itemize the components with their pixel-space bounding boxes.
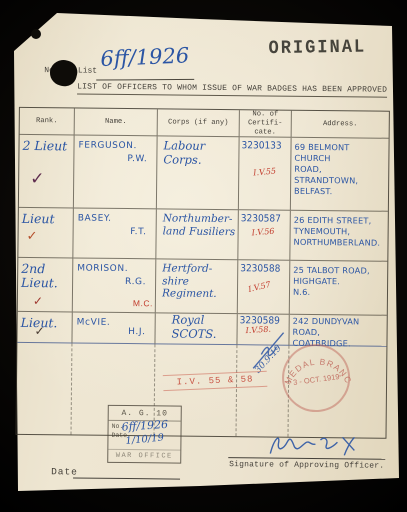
table-row-cell-corps: Royal SCOTS.: [155, 313, 237, 345]
original-stamp: ORIGINAL: [268, 37, 366, 59]
approving-officer-signature: [264, 431, 364, 460]
ink-blot-small: [31, 29, 41, 39]
footer-date-label: Date: [51, 466, 78, 477]
certificate-number: 3230587: [241, 213, 281, 224]
table-row-cell-certificate: 3230587 I.V.56: [238, 210, 291, 261]
list-number-handwritten: 6ff/1926: [100, 43, 190, 71]
corps-value: Royal SCOTS.: [171, 313, 216, 341]
check-mark: ✓: [35, 324, 45, 338]
column-header-name: Name.: [75, 108, 158, 136]
certificate-red-note: I.V.56: [251, 227, 274, 238]
list-number-underline: [96, 79, 194, 81]
footer-date-blank-line: [73, 477, 180, 479]
surname: MORISON.: [77, 264, 128, 275]
table-row-cell-name: FERGUSON. P.W.: [74, 135, 158, 209]
column-header-corps: Corps (if any): [158, 109, 240, 137]
table-row-cell-rank: 2nd Lieut. ✓: [18, 258, 74, 313]
surname: McVIE.: [77, 318, 111, 328]
table-row-cell-rank: Lieut. ✓: [17, 312, 72, 344]
initials: P.W.: [127, 154, 147, 164]
table-row-cell-corps: Northumber- land Fusiliers: [156, 209, 239, 260]
initials: R.G.: [125, 277, 146, 287]
document-title: LIST OF OFFICERS TO WHOM ISSUE OF WAR BA…: [77, 82, 387, 97]
table-row-cell-address: 26 EDITH STREET, TYNEMOUTH, NORTHUMBERLA…: [290, 211, 388, 262]
column-header-address: Address.: [292, 111, 389, 139]
address-value: 25 TALBOT ROAD, HIGHGATE. N.6.: [293, 265, 370, 299]
certificate-red-note: I.V.57: [247, 280, 271, 294]
photo-background: ORIGINAL No. of List 6ff/1926 LIST OF OF…: [0, 0, 407, 512]
ag10-stamp-box: A. G. 10 No. Date WAR OFFICE 6ff/1926 1/…: [107, 405, 182, 464]
ag10-war-office: WAR OFFICE: [108, 449, 180, 461]
table-row-cell-certificate: 3230588 I.V.57: [238, 260, 291, 315]
rank-value: Lieut: [22, 212, 55, 227]
certificate-number: 3230133: [241, 140, 281, 151]
table-row-cell-address: 69 BELMONT CHURCH ROAD, STRANDTOWN, BELF…: [291, 138, 389, 212]
table-row-cell-rank: 2 Lieut ✓: [19, 135, 75, 209]
corps-value: Labour Corps.: [163, 139, 205, 167]
rank-value: 2nd Lieut.: [21, 262, 58, 291]
address-value: 69 BELMONT CHURCH ROAD, STRANDTOWN, BELF…: [294, 142, 389, 198]
medal-branch-date: 3 - OCT. 1919: [293, 372, 340, 387]
corps-value: Hertford- shire Regiment.: [162, 262, 217, 300]
table-row-cell-address: 25 TALBOT ROAD, HIGHGATE. N.6.: [290, 261, 388, 316]
check-mark: ✓: [30, 169, 44, 189]
empty-cell: [17, 343, 73, 435]
table-row-cell-name: BASEY. F.T.: [73, 208, 157, 259]
surname: BASEY.: [78, 214, 112, 224]
table-row-cell-certificate: 3230133 I.V.55: [239, 137, 292, 211]
medal-branch-stamp: MEDAL BRANCH 3 - OCT. 1919 * *: [275, 337, 358, 420]
table-row-cell-name: McVIE. H.J.: [72, 312, 155, 344]
check-mark: ✓: [26, 229, 37, 244]
column-header-certificate: No. of Certifi- cate.: [240, 110, 292, 138]
corps-value: Northumber- land Fusiliers: [163, 212, 236, 238]
address-value: 26 EDITH STREET, TYNEMOUTH, NORTHUMBERLA…: [293, 215, 380, 249]
rank-value: 2 Lieut: [22, 139, 67, 154]
initials: H.J.: [128, 327, 145, 337]
signature-label: Signature of Approving Officer.: [229, 460, 384, 471]
honours-mc: M.C.: [133, 298, 153, 308]
table-row-cell-corps: Hertford- shire Regiment.: [156, 259, 239, 314]
initials: F.T.: [130, 227, 146, 237]
surname: FERGUSON.: [78, 141, 137, 152]
table-row-cell-rank: Lieut ✓: [18, 208, 74, 259]
table-row-cell-corps: Labour Corps.: [157, 136, 240, 210]
check-mark: ✓: [33, 294, 43, 308]
ag10-date-value: 1/10/19: [125, 432, 164, 447]
certificate-red-note: I.V.55: [253, 166, 277, 177]
table-row-cell-name: MORISON. R.G. M.C.: [73, 258, 157, 313]
column-header-rank: Rank.: [20, 108, 75, 136]
certificate-number: 3230588: [240, 263, 280, 274]
ag10-no-value: 6ff/1926: [121, 418, 168, 434]
